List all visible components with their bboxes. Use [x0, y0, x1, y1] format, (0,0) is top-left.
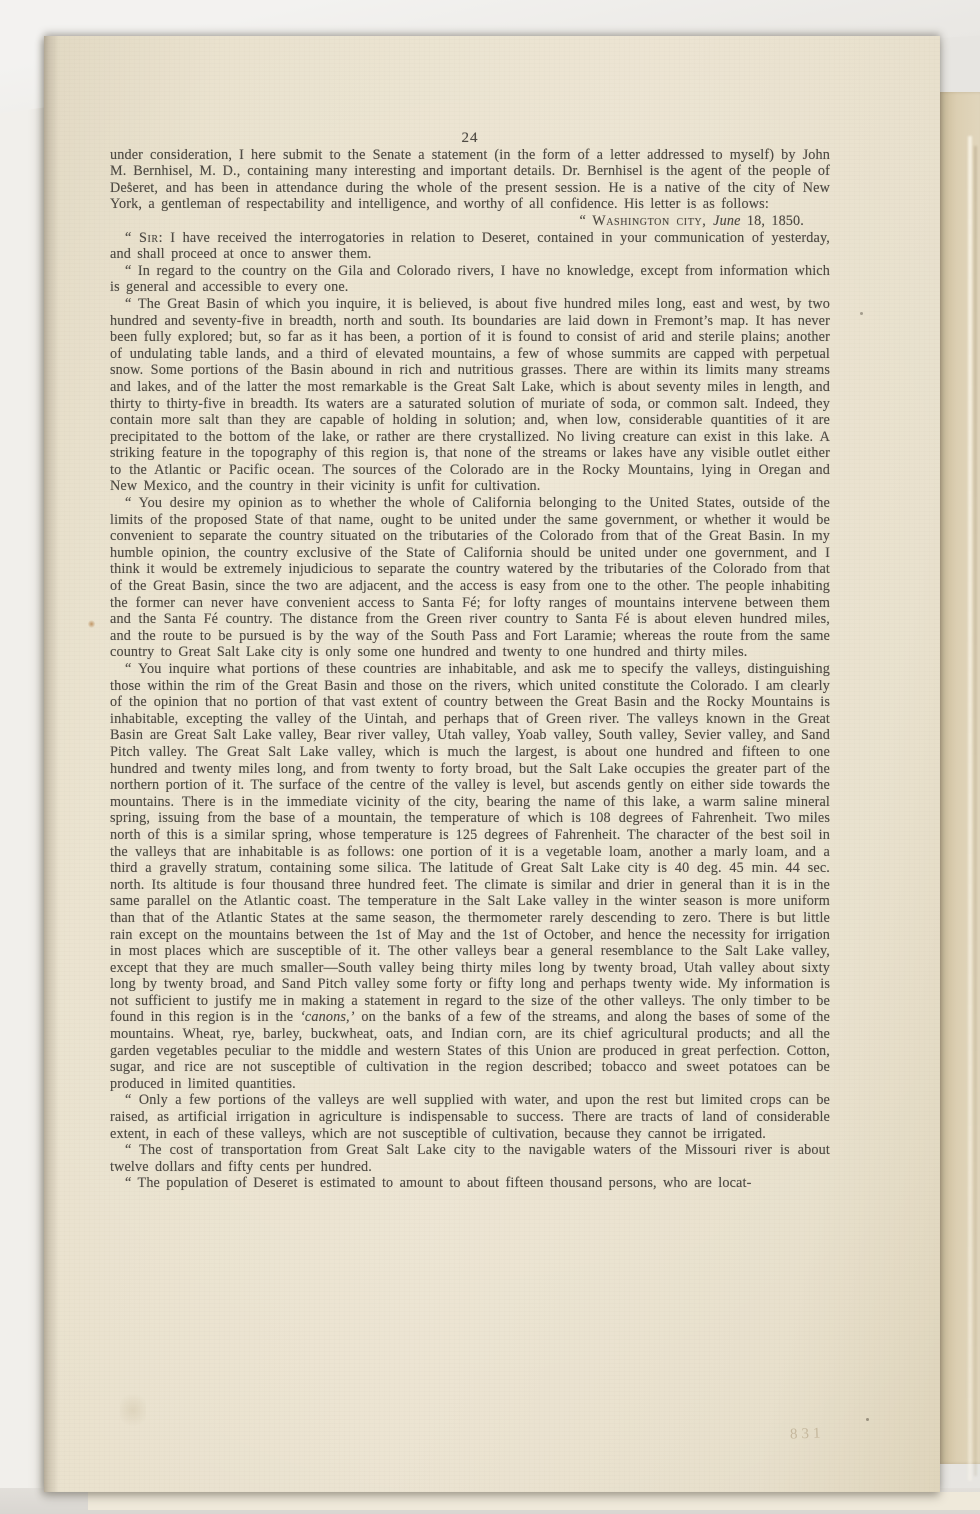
intro-paragraph: under consideration, I here submit to th… [110, 147, 830, 213]
page-right-edge-highlight [968, 136, 972, 1481]
paragraph-text: The population of Deseret is estimated t… [138, 1175, 752, 1191]
letter-paragraph: “ The cost of transportation from Great … [110, 1142, 830, 1175]
scanned-document-page: { "document": { "page_number": "24", "st… [0, 0, 980, 1514]
paragraph-quote: “ [125, 661, 138, 677]
paragraph-quote: “ [125, 296, 138, 312]
paragraph-quote: “ [125, 1142, 139, 1158]
paragraph-quote: “ [125, 230, 139, 246]
letter-paragraph: “ The population of Deseret is estimated… [110, 1175, 830, 1192]
letter-dateline: “ Washington city, June 18, 1850. [110, 213, 830, 230]
page-number: 24 [110, 130, 830, 147]
paragraph-text: You inquire what portions of these count… [110, 661, 830, 1025]
dateline-date: 18, 1850. [741, 213, 804, 229]
paragraph-text: The Great Basin of which you inquire, it… [110, 296, 830, 495]
scan-background-left [0, 0, 46, 1514]
letter-paragraph: “ Sir: I have received the interrogatori… [110, 230, 830, 263]
paragraph-text: You desire my opinion as to whether the … [110, 495, 830, 660]
paragraph-text: : I have received the interrogatories in… [110, 230, 830, 263]
letter-paragraph: “ The Great Basin of which you inquire, … [110, 296, 830, 495]
paragraph-text: In regard to the country on the Gila and… [110, 263, 830, 296]
paragraph-quote: “ [125, 1092, 139, 1108]
letter-paragraph: “ Only a few portions of the valleys are… [110, 1092, 830, 1142]
letter-paragraph: “ In regard to the country on the Gila a… [110, 263, 830, 296]
faint-page-stamp: 831 [790, 1425, 825, 1443]
page-right-crease [974, 146, 977, 1476]
paragraph-text: Only a few portions of the valleys are w… [110, 1092, 830, 1141]
letter-paragraph: “ You desire my opinion as to whether th… [110, 495, 830, 661]
paragraph-italic-word: ‘canons,’ [300, 1009, 355, 1025]
paragraph-quote: “ [125, 495, 139, 511]
dateline-place: Washington city, [592, 213, 713, 229]
dateline-quote: “ [579, 213, 592, 229]
paragraph-quote: “ [125, 1175, 138, 1191]
paragraph-smallcaps: Sir [139, 230, 159, 246]
letter-paragraph: “ You inquire what portions of these cou… [110, 661, 830, 1092]
printed-text-block: 24 under consideration, I here submit to… [110, 130, 830, 1192]
dateline-month: June [713, 213, 740, 229]
underlying-sheet-edge [88, 1492, 980, 1510]
paragraph-text: The cost of transportation from Great Sa… [110, 1142, 830, 1175]
paragraph-quote: “ [125, 263, 138, 279]
